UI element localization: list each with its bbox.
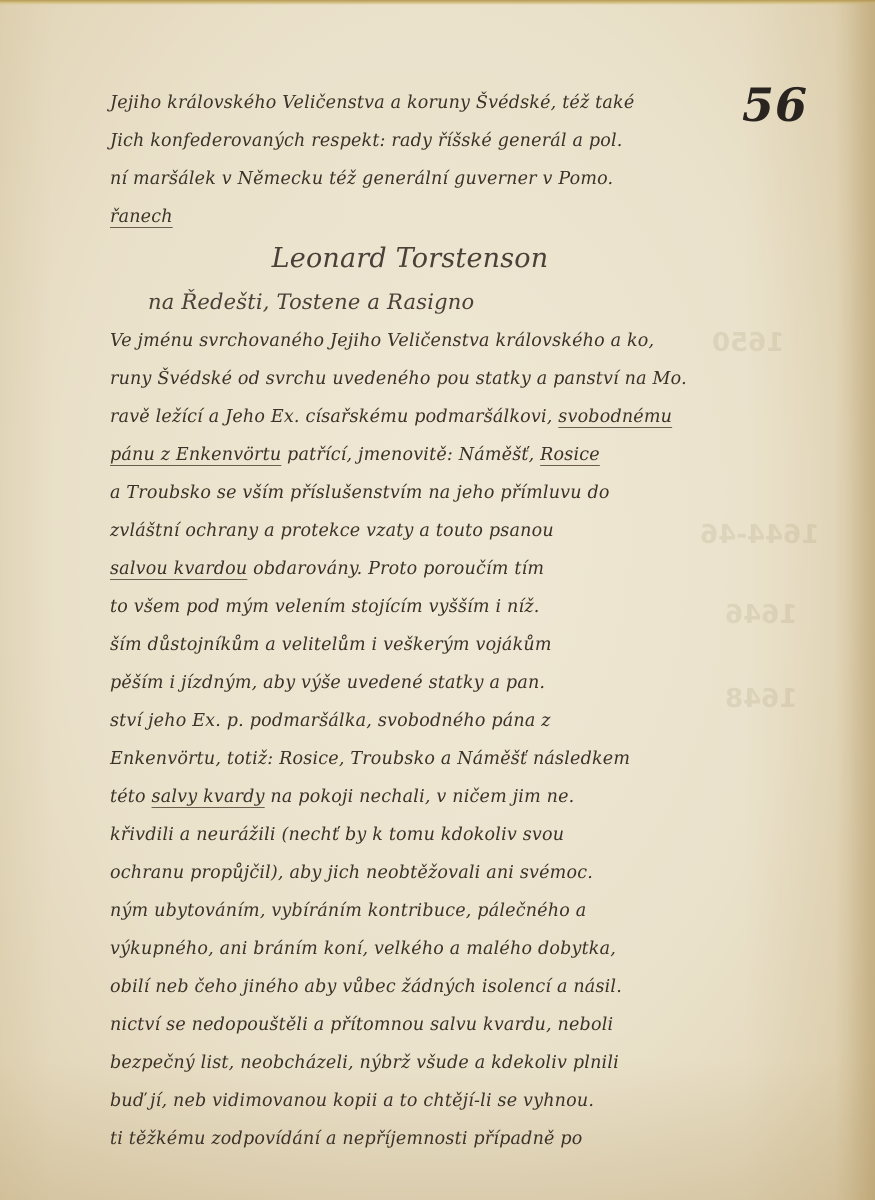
underlined-phrase: Rosice bbox=[540, 445, 600, 465]
text-line: ochranu propůjčil), aby jich neobtěžoval… bbox=[110, 854, 690, 892]
page-binding-shade bbox=[835, 0, 875, 1200]
handwritten-text-body: Jejiho královského Veličenstva a koruny … bbox=[110, 84, 690, 1158]
text-line: nictví se nedopouštěli a přítomnou salvu… bbox=[110, 1006, 690, 1044]
show-through-mark: 1646 bbox=[725, 600, 797, 630]
text-line: to všem pod mým velením stojícím vyšším … bbox=[110, 588, 690, 626]
text-line: buď jí, neb vidimovanou kopii a to chtěj… bbox=[110, 1082, 690, 1120]
text-line: obilí neb čeho jiného aby vůbec žádných … bbox=[110, 968, 690, 1006]
page-top-edge bbox=[0, 0, 875, 5]
underlined-phrase: pánu z Enkenvörtu bbox=[110, 445, 281, 465]
text-line: křivdili a neurážili (nechť by k tomu kd… bbox=[110, 816, 690, 854]
underlined-phrase: salvou kvardou bbox=[110, 559, 247, 579]
text-line: pánu z Enkenvörtu patřící, jmenovitě: Ná… bbox=[110, 436, 690, 474]
text-line: Jejiho královského Veličenstva a koruny … bbox=[110, 84, 690, 122]
text-line: salvou kvardou obdarovány. Proto poroučí… bbox=[110, 550, 690, 588]
text-line: ším důstojníkům a velitelům i veškerým v… bbox=[110, 626, 690, 664]
text-line: ství jeho Ex. p. podmaršálka, svobodného… bbox=[110, 702, 690, 740]
text-line: bezpečný list, neobcházeli, nýbrž všude … bbox=[110, 1044, 690, 1082]
text-line: ravě ležící a Jeho Ex. císařskému podmar… bbox=[110, 398, 690, 436]
document-subheading: na Ředešti, Tostene a Rasigno bbox=[110, 282, 690, 322]
text-line: výkupného, ani bráním koní, velkého a ma… bbox=[110, 930, 690, 968]
underlined-phrase: svobodnému bbox=[558, 407, 672, 427]
show-through-mark: 1650 bbox=[712, 328, 784, 358]
text-line: a Troubsko se vším příslušenstvím na jeh… bbox=[110, 474, 690, 512]
manuscript-page: 56 1650 1644-46 1646 1648 Jejiho královs… bbox=[0, 0, 875, 1200]
underlined-phrase: salvy kvardy bbox=[152, 787, 265, 807]
text-line: zvláštní ochrany a protekce vzaty a tout… bbox=[110, 512, 690, 550]
show-through-mark: 1644-46 bbox=[700, 520, 819, 550]
page-number: 56 bbox=[742, 78, 808, 132]
text-line: této salvy kvardy na pokoji nechali, v n… bbox=[110, 778, 690, 816]
show-through-mark: 1648 bbox=[725, 684, 797, 714]
text-line: ným ubytováním, vybíráním kontribuce, pá… bbox=[110, 892, 690, 930]
text-line: řanech bbox=[110, 198, 690, 236]
text-line: ní maršálek v Německu též generální guve… bbox=[110, 160, 690, 198]
text-line: runy Švédské od svrchu uvedeného pou sta… bbox=[110, 360, 690, 398]
document-heading: Leonard Torstenson bbox=[110, 236, 690, 282]
text-line: Enkenvörtu, totiž: Rosice, Troubsko a Ná… bbox=[110, 740, 690, 778]
text-line: pěším i jízdným, aby výše uvedené statky… bbox=[110, 664, 690, 702]
text-line: Ve jménu svrchovaného Jejiho Veličenstva… bbox=[110, 322, 690, 360]
text-line: Jich konfederovaných respekt: rady říšsk… bbox=[110, 122, 690, 160]
text-fragment: řanech bbox=[110, 207, 173, 227]
text-line: ti těžkému zodpovídání a nepříjemnosti p… bbox=[110, 1120, 690, 1158]
